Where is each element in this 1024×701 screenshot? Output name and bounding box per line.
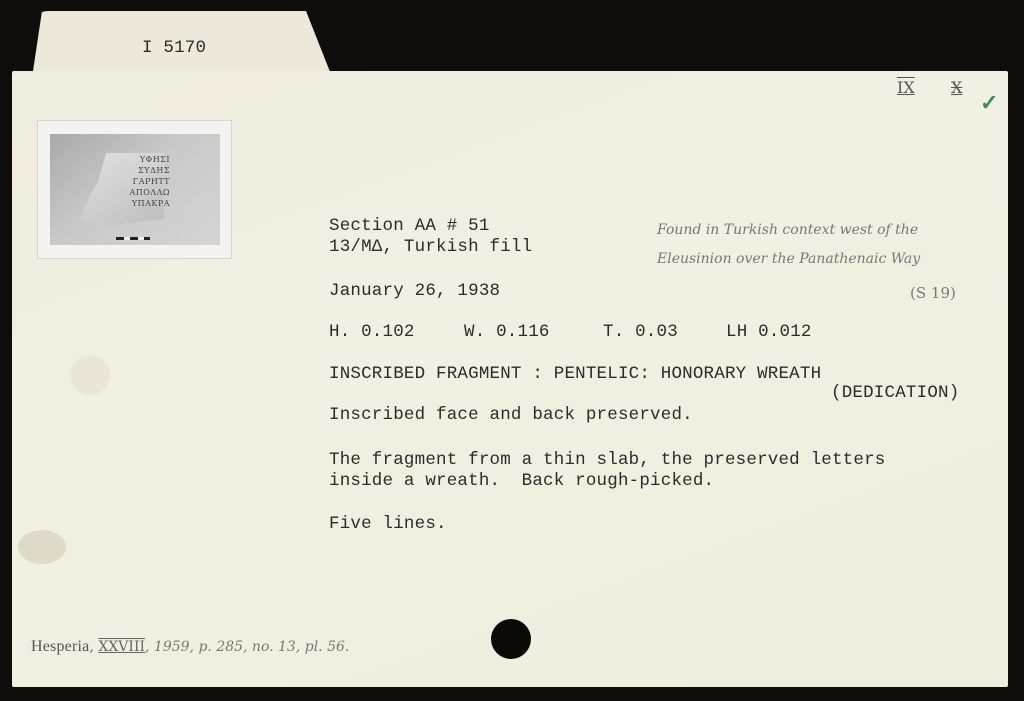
bibliography-volume: XXVIII (98, 639, 145, 655)
object-photo: ΥΦΗΣΙ ΣΥΔΗΣ ΓΑΡΗΤΤ ΑΠΟΛΛΩ ΥΠΑΚΡΑ (38, 121, 231, 258)
section-number: Section AA # 51 (329, 216, 490, 237)
grid-reference: (S 19) (910, 284, 956, 302)
dimension-letter-height: LH 0.012 (726, 322, 812, 343)
scale-bar (116, 237, 150, 240)
description-line-1: The fragment from a thin slab, the prese… (329, 450, 886, 471)
description-line-2: inside a wreath. Back rough-picked. (329, 471, 714, 492)
filing-hole (491, 619, 531, 659)
dimension-width: W. 0.116 (464, 322, 550, 343)
stain (18, 530, 66, 564)
inventory-number: I 5170 (142, 38, 206, 59)
findspot-note-2: Eleusinion over the Panathenaic Way (657, 251, 920, 267)
preservation: Inscribed face and back preserved. (329, 405, 693, 426)
date: January 26, 1938 (329, 281, 500, 302)
photo-inscription: ΥΦΗΣΙ ΣΥΔΗΣ ΓΑΡΗΤΤ ΑΠΟΛΛΩ ΥΠΑΚΡΑ (110, 154, 170, 209)
stain (70, 355, 110, 395)
bibliography: Hesperia, XXVIII, 1959, p. 285, no. 13, … (31, 636, 349, 657)
check-icon: ✓ (980, 90, 998, 116)
context: 13/MΔ, Turkish fill (329, 237, 532, 258)
lines-note: Five lines. (329, 514, 447, 535)
roman-mark-1: IX (897, 78, 915, 97)
photo-image: ΥΦΗΣΙ ΣΥΔΗΣ ΓΑΡΗΤΤ ΑΠΟΛΛΩ ΥΠΑΚΡΑ (50, 134, 220, 245)
classification: INSCRIBED FRAGMENT : PENTELIC: HONORARY … (329, 364, 821, 385)
dimension-height: H. 0.102 (329, 322, 415, 343)
dimension-thickness: T. 0.03 (603, 322, 678, 343)
bibliography-journal: Hesperia (31, 638, 89, 655)
roman-mark-2: X (951, 78, 962, 97)
bibliography-citation: , 1959, p. 285, no. 13, pl. 56. (145, 639, 349, 655)
findspot-note-1: Found in Turkish context west of the (657, 222, 918, 238)
classification-subtype: (DEDICATION) (831, 383, 959, 404)
